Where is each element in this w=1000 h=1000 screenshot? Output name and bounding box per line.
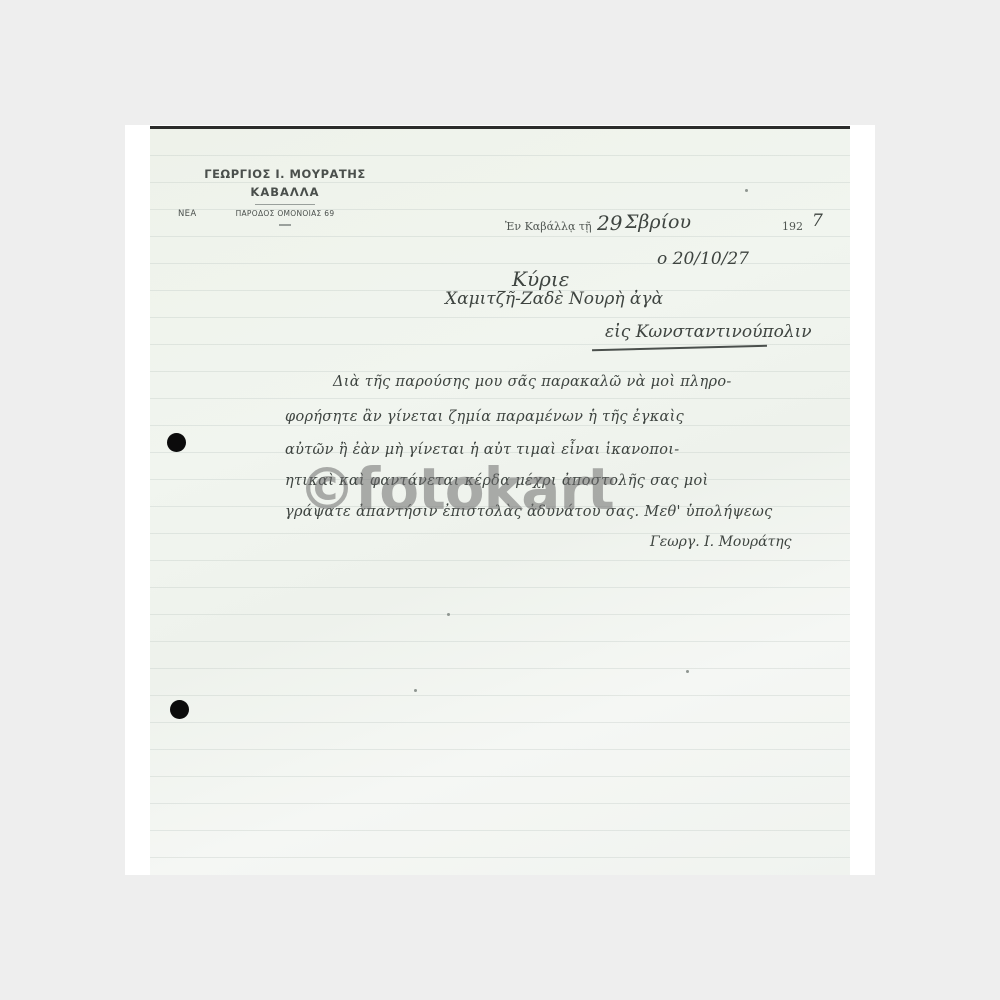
watermark: ©fotokart — [298, 455, 614, 523]
body-line: φορήσητε ἂν γίνεται ζημία παραμένων ἡ τῆ… — [285, 409, 684, 425]
letterhead-name: ΓΕΩΡΓΙΟΣ Ι. ΜΟΥΡΑΤΗΣ — [150, 167, 420, 181]
paper-speck — [414, 689, 417, 692]
dateline-day: 29 — [597, 211, 622, 235]
punch-hole-bottom — [170, 700, 189, 719]
dateline-year-digit: 7 — [812, 211, 823, 231]
dateline-month: Σβρίου — [625, 211, 691, 233]
body-line: Διὰ τῆς παρούσης μου σᾶς παρακαλῶ νὰ μοὶ… — [333, 374, 732, 390]
recipient-name: Χαμιτζῆ-Ζαδὲ Νουρὴ ἀγὰ — [445, 289, 663, 309]
letterhead-address: ΝΕΑ ΠΑΡΟΔΟΣ ΟΜΟΝΟΙΑΣ 69 — [150, 209, 420, 218]
place-underline — [592, 345, 767, 351]
signature: Γεωργ. Ι. Μουράτης — [650, 534, 792, 550]
dateline-printed: Ἐν Καβάλλᾳ τῇ — [505, 220, 592, 233]
letterhead-divider — [255, 204, 315, 205]
date-annotation: ο 20/10/27 — [657, 249, 749, 269]
salutation: Κύριε — [512, 267, 569, 291]
recipient-place: εἰς Κωνσταντινούπολιν — [605, 322, 812, 342]
letterhead-address-prefix: ΝΕΑ — [178, 209, 196, 219]
paper-speck — [686, 670, 689, 673]
letterhead: ΓΕΩΡΓΙΟΣ Ι. ΜΟΥΡΑΤΗΣ ΚΑΒΑΛΛΑ ΝΕΑ ΠΑΡΟΔΟΣ… — [150, 167, 420, 226]
paper-speck — [745, 189, 748, 192]
letterhead-address-text: ΠΑΡΟΔΟΣ ΟΜΟΝΟΙΑΣ 69 — [236, 209, 335, 218]
letterhead-city: ΚΑΒΑΛΛΑ — [150, 185, 420, 199]
punch-hole-top — [167, 433, 186, 452]
letterhead-ornament — [279, 224, 291, 226]
dateline-year-printed: 192 — [782, 220, 803, 233]
letter-sheet: ΓΕΩΡΓΙΟΣ Ι. ΜΟΥΡΑΤΗΣ ΚΑΒΑΛΛΑ ΝΕΑ ΠΑΡΟΔΟΣ… — [150, 126, 850, 875]
paper-speck — [447, 613, 450, 616]
